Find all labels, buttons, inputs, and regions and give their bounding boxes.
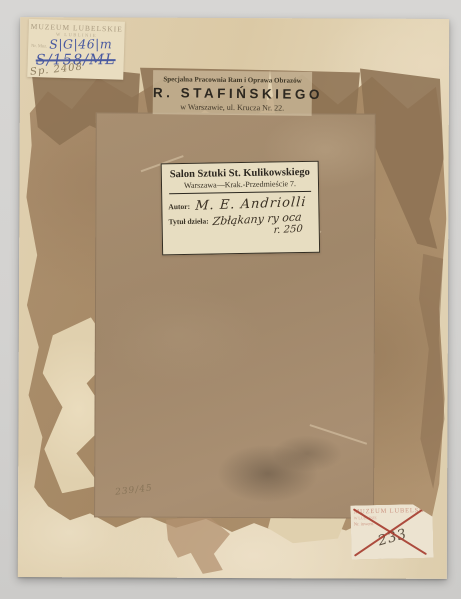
photo-background: MUZEUM LUBELSKIE W LUBLINIE Nr. Muz. S|G… [0, 0, 461, 599]
inventory-no-printed: Nr. Muz. [31, 43, 47, 48]
salon-address: Warszawa—Krak.-Przedmieście 7. [168, 179, 312, 190]
art-salon-label: Salon Sztuki St. Kulikowskiego Warszawa—… [161, 161, 321, 256]
museum-inventory-label-bottom: MUZEUM LUBELSKIE W LUBLINIE Nr. inwent. … [350, 504, 433, 560]
inventory-number-ink: S|G|46|m [49, 36, 112, 51]
framer-workshop-label: Specjalna Pracownia Ram i Oprawa Obrazów… [153, 70, 312, 116]
artwork-verso-board: MUZEUM LUBELSKIE W LUBLINIE Nr. Muz. S|G… [18, 17, 449, 579]
framer-address: w Warszawie, ul. Krucza Nr. 22. [153, 102, 312, 113]
title-field-label: Tytuł dzieła: [169, 217, 209, 227]
framer-tagline: Specjalna Pracownia Ram i Oprawa Obrazów [153, 75, 312, 85]
label-divider [169, 191, 311, 194]
author-field-label: Autor: [168, 202, 190, 211]
framer-name: R. STAFIŃSKIEGO [153, 85, 312, 102]
